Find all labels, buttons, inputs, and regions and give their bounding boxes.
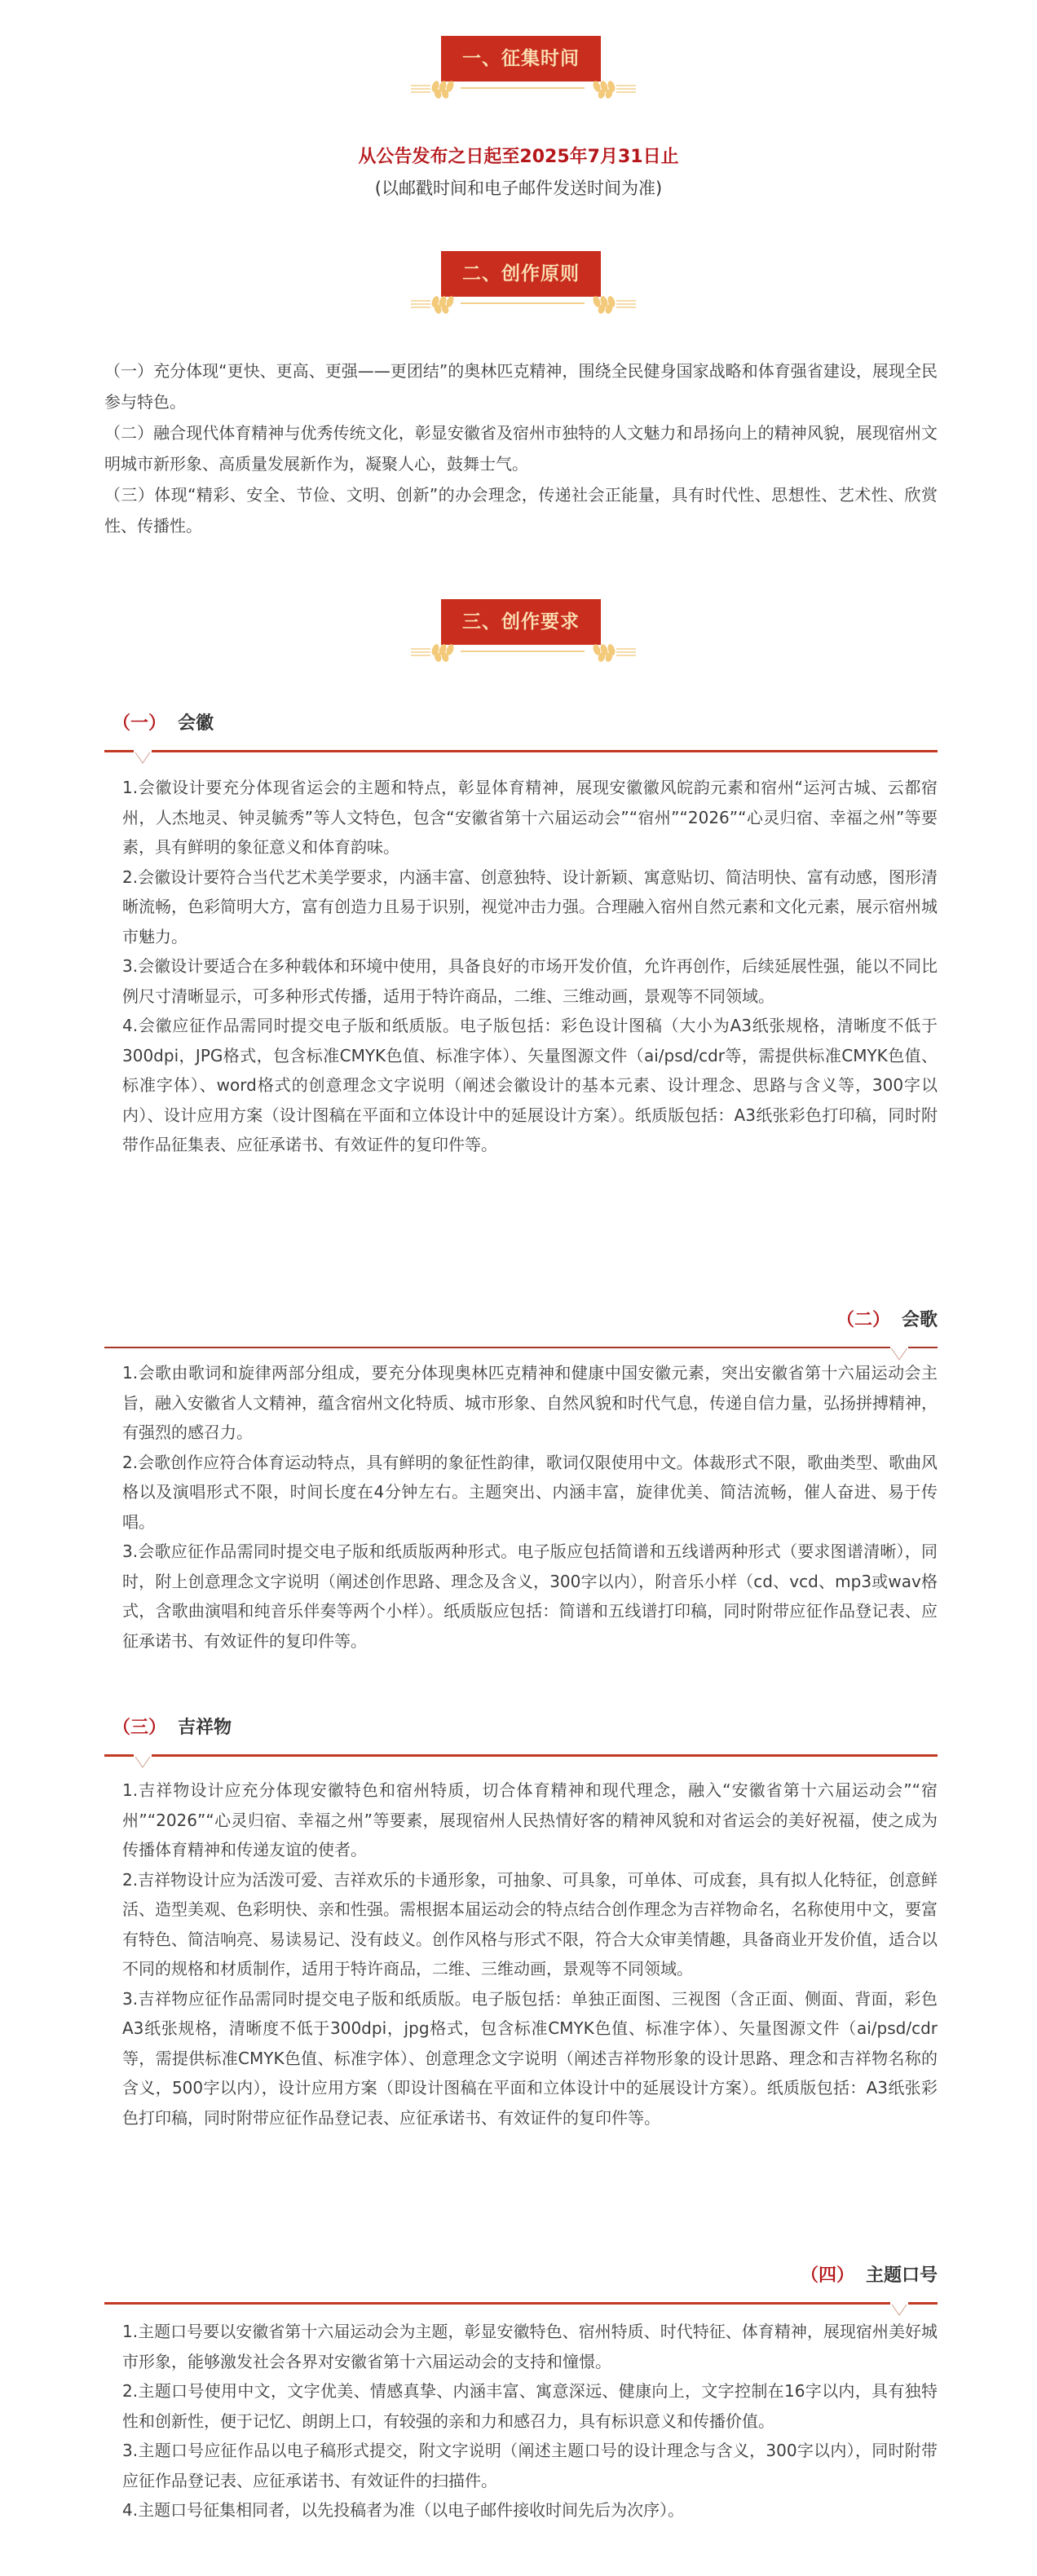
divider xyxy=(461,87,585,89)
wheat-ornament-icon xyxy=(411,77,460,101)
triangle-marker-icon xyxy=(890,2302,908,2317)
principles-text: （一）充分体现“更快、更高、更强——更团结”的奥林匹克精神，围绕全民健身国家战略… xyxy=(104,355,938,541)
subheading-number: （三） xyxy=(113,1718,166,1738)
list-item: 4.会徽应征作品需同时提交电子版和纸质版。电子版包括：彩色设计图稿（大小为A3纸… xyxy=(122,1011,938,1160)
wheat-ornament-icon xyxy=(587,77,636,101)
slogan-requirements-list: 1.主题口号要以安徽省第十六届运动会为主题，彰显安徽特色、宿州特质、时代特征、体… xyxy=(122,2317,938,2525)
list-item: 3.会徽设计要适合在多种载体和环境中使用，具备良好的市场开发价值，允许再创作，后… xyxy=(122,951,938,1011)
wheat-ornament-icon xyxy=(411,292,460,316)
anthem-requirements-list: 1.会歌由歌词和旋律两部分组成，要充分体现奥林匹克精神和健康中国安徽元素，突出安… xyxy=(122,1358,938,1656)
subheading-title: 会歌 xyxy=(902,1310,938,1330)
triangle-marker-icon xyxy=(134,1754,152,1769)
section-title: 三、创作要求 xyxy=(441,599,601,645)
list-item: 1.会徽设计要充分体现省运会的主题和特点，彰显体育精神，展现安徽徽风皖韵元素和宿… xyxy=(122,773,938,862)
subheading-number: （一） xyxy=(113,713,166,734)
list-item: 2.主题口号使用中文，文字优美、情感真挚、内涵丰富、寓意深远、健康向上，文字控制… xyxy=(122,2376,938,2436)
list-item: 1.主题口号要以安徽省第十六届运动会为主题，彰显安徽特色、宿州特质、时代特征、体… xyxy=(122,2317,938,2376)
subheading-emblem: （一）会徽 xyxy=(104,708,938,756)
principle-item: （一）充分体现“更快、更高、更强——更团结”的奥林匹克精神，围绕全民健身国家战略… xyxy=(104,355,938,417)
subheading-slogan: （四）主题口号 xyxy=(104,2260,938,2309)
wheat-ornament-icon xyxy=(587,292,636,316)
subheading-number: （二） xyxy=(836,1310,890,1330)
section-banner-principles: 二、创作原则 xyxy=(0,251,1037,324)
subheading-title: 会徽 xyxy=(178,713,214,734)
list-item: 3.会歌应征作品需同时提交电子版和纸质版两种形式。电子版应包括简谱和五线谱两种形… xyxy=(122,1537,938,1656)
divider xyxy=(104,2302,938,2305)
subheading-mascot: （三）吉祥物 xyxy=(104,1712,938,1761)
list-item: 3.主题口号应征作品以电子稿形式提交，附文字说明（阐述主题口号的设计理念与含义，… xyxy=(122,2436,938,2495)
principle-item: （二）融合现代体育精神与优秀传统文化，彰显安徽省及宿州市独特的人文魅力和昂扬向上… xyxy=(104,417,938,479)
wheat-ornament-icon xyxy=(587,640,636,664)
list-item: 1.吉祥物设计应充分体现安徽特色和宿州特质，切合体育精神和现代理念，融入“安徽省… xyxy=(122,1775,938,1865)
triangle-marker-icon xyxy=(134,750,152,765)
section-banner-collection-time: 一、征集时间 xyxy=(0,36,1037,109)
divider xyxy=(461,651,585,652)
list-item: 2.会歌创作应符合体育运动特点，具有鲜明的象征性韵律，歌词仅限使用中文。体裁形式… xyxy=(122,1448,938,1537)
list-item: 3.吉祥物应征作品需同时提交电子版和纸质版。电子版包括：单独正面图、三视图（含正… xyxy=(122,1984,938,2133)
subheading-number: （四） xyxy=(801,2265,854,2286)
wheat-ornament-icon xyxy=(411,640,460,664)
emblem-requirements-list: 1.会徽设计要充分体现省运会的主题和特点，彰显体育精神，展现安徽徽风皖韵元素和宿… xyxy=(122,773,938,1160)
subheading-title: 主题口号 xyxy=(866,2265,938,2286)
deadline-text: 从公告发布之日起至2025年7月31日止 xyxy=(0,143,1037,171)
divider xyxy=(104,750,938,752)
section-title: 一、征集时间 xyxy=(441,36,601,82)
divider xyxy=(461,302,585,304)
list-item: 2.吉祥物设计应为活泼可爱、吉祥欢乐的卡通形象，可抽象、可具象，可单体、可成套，… xyxy=(122,1865,938,1984)
mascot-requirements-list: 1.吉祥物设计应充分体现安徽特色和宿州特质，切合体育精神和现代理念，融入“安徽省… xyxy=(122,1775,938,2133)
divider xyxy=(104,1754,938,1757)
subheading-title: 吉祥物 xyxy=(178,1718,232,1738)
list-item: 2.会徽设计要符合当代艺术美学要求，内涵丰富、创意独特、设计新颖、寓意贴切、简洁… xyxy=(122,862,938,952)
announcement-page: 一、征集时间 从公告发布之日起至2025年7月31日止 (以邮戳时间和电子邮件发… xyxy=(0,0,1037,2576)
subheading-anthem: （二）会歌 xyxy=(104,1304,938,1353)
section-title: 二、创作原则 xyxy=(441,251,601,297)
divider xyxy=(104,1347,938,1348)
principle-item: （三）体现“精彩、安全、节俭、文明、创新”的办会理念，传递社会正能量，具有时代性… xyxy=(104,479,938,541)
list-item: 1.会歌由歌词和旋律两部分组成，要充分体现奥林匹克精神和健康中国安徽元素，突出安… xyxy=(122,1358,938,1448)
list-item: 4.主题口号征集相同者，以先投稿者为准（以电子邮件接收时间先后为次序）。 xyxy=(122,2495,938,2525)
deadline-note: (以邮戳时间和电子邮件发送时间为准) xyxy=(0,174,1037,202)
section-banner-requirements: 三、创作要求 xyxy=(0,599,1037,673)
